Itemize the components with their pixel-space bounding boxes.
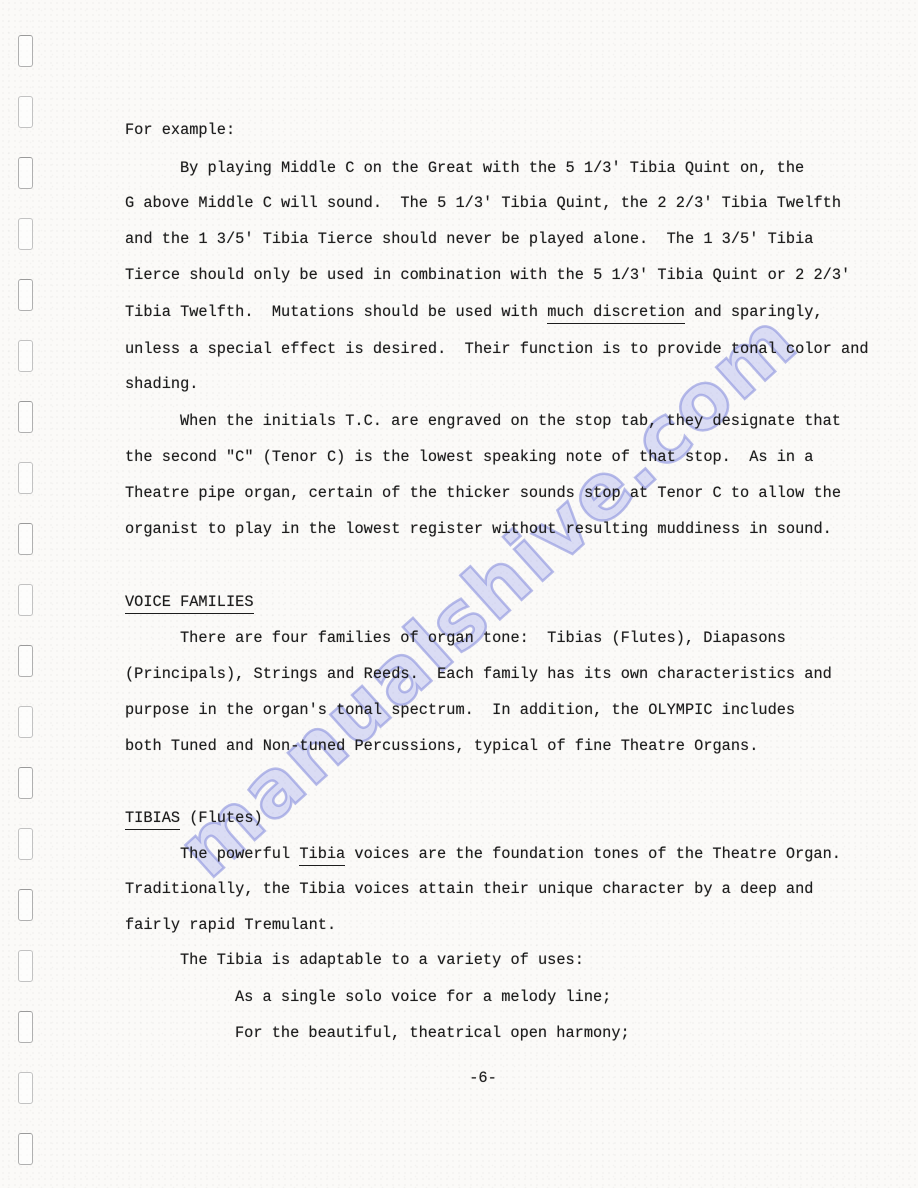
binder-hole bbox=[18, 96, 33, 128]
binder-hole bbox=[18, 767, 33, 799]
binder-holes bbox=[0, 0, 918, 1188]
binder-hole bbox=[18, 218, 33, 250]
binder-hole bbox=[18, 828, 33, 860]
binder-hole bbox=[18, 462, 33, 494]
binder-hole bbox=[18, 889, 33, 921]
binder-hole bbox=[18, 523, 33, 555]
binder-hole bbox=[18, 1072, 33, 1104]
binder-hole bbox=[18, 35, 33, 67]
binder-hole bbox=[18, 279, 33, 311]
binder-hole bbox=[18, 706, 33, 738]
binder-hole bbox=[18, 950, 33, 982]
binder-hole bbox=[18, 340, 33, 372]
binder-hole bbox=[18, 1011, 33, 1043]
binder-hole bbox=[18, 645, 33, 677]
binder-hole bbox=[18, 401, 33, 433]
scanned-page: manualshive.com For example:By playing M… bbox=[0, 0, 918, 1188]
binder-hole bbox=[18, 584, 33, 616]
binder-hole bbox=[18, 1133, 33, 1165]
binder-hole bbox=[18, 157, 33, 189]
